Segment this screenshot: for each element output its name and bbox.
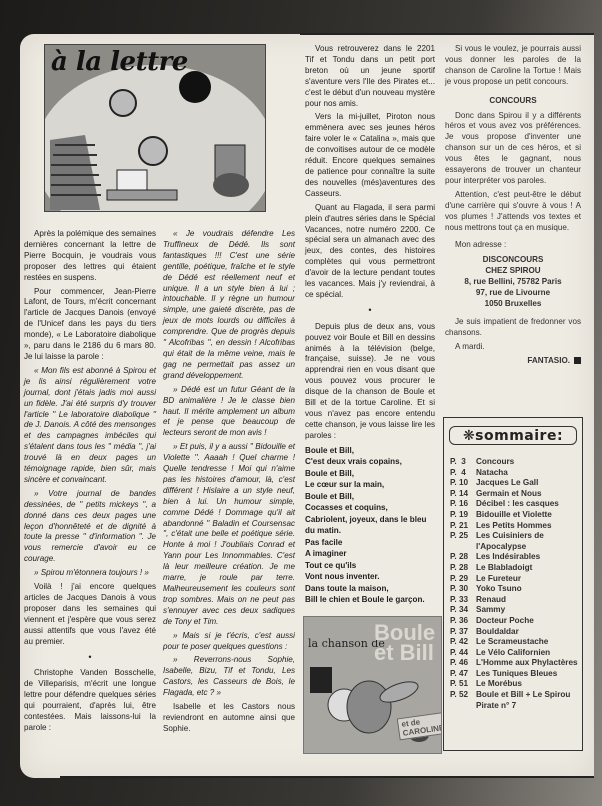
lyric-line: Bill le chien et Boule le garçon.	[305, 594, 435, 606]
lyric-line: C'est deux vrais copains,	[305, 456, 435, 468]
address-line: 8, rue Bellini, 75782 Paris	[445, 276, 581, 287]
paragraph: Si vous le voulez, je pourrais aussi vou…	[445, 44, 581, 88]
toc-entry: P. 34Sammy	[450, 605, 582, 616]
paragraph: Quant au Flagada, il sera parmi plein d'…	[305, 203, 435, 301]
toc-title: L'Homme aux Phylactères	[476, 658, 582, 669]
column-3: Vous retrouverez dans le 2201 Tif et Ton…	[305, 44, 435, 606]
bullet-separator: •	[305, 305, 435, 316]
header-illustration: à la lettre	[44, 44, 266, 212]
toc-entry: P. 47Les Tuniques Bleues	[450, 669, 582, 680]
toc-page-number: P. 28	[450, 563, 476, 574]
record-cover-image: la chanson de Boule et Bill et de CAROLI…	[303, 616, 442, 754]
paragraph: Christophe Vanden Bosschelle, de Villepa…	[24, 668, 156, 733]
lyric-line: Cocasses et coquins,	[305, 502, 435, 514]
column-2: « Je voudrais défendre Les Truffineux de…	[163, 229, 295, 738]
lyric-line: Vont nous inventer.	[305, 571, 435, 583]
toc-title: Le Fureteur	[476, 574, 582, 585]
toc-title: Renaud	[476, 595, 582, 606]
bottom-rule	[60, 776, 594, 778]
column-1: Après la polémique des semaines dernière…	[24, 229, 156, 737]
toc-page-number: P. 4	[450, 468, 476, 479]
toc-entry: P. 16Décibel : les casques	[450, 499, 582, 510]
lyric-line: Le cœur sur la main,	[305, 479, 435, 491]
paragraph: Attention, c'est peut-être le début d'un…	[445, 190, 581, 234]
toc-title: Bidouille et Violette	[476, 510, 582, 521]
toc-title: Le Vélo Californien	[476, 648, 582, 659]
toc-title: Natacha	[476, 468, 582, 479]
toc-title: Yoko Tsuno	[476, 584, 582, 595]
toc-title: Décibel : les casques	[476, 499, 582, 510]
toc-page-number: P. 52	[450, 690, 476, 711]
record-big-title: Boule et Bill	[374, 623, 441, 663]
address-line: DISCONCOURS	[445, 254, 581, 265]
paragraph: Donc dans Spirou il y a différents héros…	[445, 111, 581, 187]
toc-page-number: P. 34	[450, 605, 476, 616]
address-line: 97, rue de Livourne	[445, 287, 581, 298]
signature: FANTASIO.	[445, 356, 581, 367]
toc-page-number: P. 21	[450, 521, 476, 532]
toc-entry: P. 4Natacha	[450, 468, 582, 479]
lyric-line: Dans toute la maison,	[305, 583, 435, 595]
paragraph: A mardi.	[445, 342, 581, 353]
top-rule	[300, 33, 594, 35]
toc-title: Docteur Poche	[476, 616, 582, 627]
end-square-icon	[574, 357, 581, 364]
concours-heading: CONCOURS	[445, 96, 581, 107]
paragraph-quote: « Mon fils est abonné à Spirou et je lis…	[24, 366, 156, 486]
paragraph: Depuis plus de deux ans, vous pouvez voi…	[305, 322, 435, 442]
toc-page-number: P. 36	[450, 616, 476, 627]
toc-entry: P. 44Le Vélo Californien	[450, 648, 582, 659]
lyric-line: Boule et Bill,	[305, 445, 435, 457]
toc-entry: P. 29Le Fureteur	[450, 574, 582, 585]
paragraph-quote: » Spirou m'étonnera toujours ! »	[24, 568, 156, 579]
toc-entry: P. 10Jacques Le Gall	[450, 478, 582, 489]
toc-entry: P. 28Le Blabladoigt	[450, 563, 582, 574]
toc-title: Sammy	[476, 605, 582, 616]
toc-page-number: P. 14	[450, 489, 476, 500]
toc-entry: P. 52Boule et Bill + Le Spirou Pirate n°…	[450, 690, 582, 711]
toc-title: Germain et Nous	[476, 489, 582, 500]
toc-title: Les Tuniques Bleues	[476, 669, 582, 680]
toc-entry: P. 19Bidouille et Violette	[450, 510, 582, 521]
toc-page-number: P. 3	[450, 457, 476, 468]
toc-page-number: P. 37	[450, 627, 476, 638]
paragraph-quote: » Mais si je t'écris, c'est aussi pour t…	[163, 631, 295, 653]
paragraph: Après la polémique des semaines dernière…	[24, 229, 156, 284]
toc-title: Concours	[476, 457, 582, 468]
address-label: Mon adresse :	[445, 240, 581, 251]
song-lyrics: Boule et Bill, C'est deux vrais copains,…	[305, 445, 435, 606]
bullet-separator: •	[24, 652, 156, 663]
toc-title: Le Morébus	[476, 679, 582, 690]
lyric-line: Boule et Bill,	[305, 468, 435, 480]
toc-title: Le Blabladoigt	[476, 563, 582, 574]
column-4: Si vous le voulez, je pourrais aussi vou…	[445, 44, 581, 367]
toc-page-number: P. 19	[450, 510, 476, 521]
paragraph: Voilà ! j'ai encore quelques articles de…	[24, 582, 156, 647]
toc-page-number: P. 30	[450, 584, 476, 595]
toc-page-number: P. 10	[450, 478, 476, 489]
toc-title: Le Scrameustache	[476, 637, 582, 648]
toc-entry: P. 46L'Homme aux Phylactères	[450, 658, 582, 669]
toc-entry: P. 37Bouldaldar	[450, 627, 582, 638]
lyric-line: Pas facile	[305, 537, 435, 549]
paragraph: Isabelle et les Castors nous reviendront…	[163, 702, 295, 735]
signature-name: FANTASIO.	[527, 356, 570, 365]
toc-entry: P. 30Yoko Tsuno	[450, 584, 582, 595]
sommaire-list: P. 3ConcoursP. 4NatachaP. 10Jacques Le G…	[444, 453, 582, 711]
toc-page-number: P. 42	[450, 637, 476, 648]
toc-page-number: P. 47	[450, 669, 476, 680]
toc-title: Boule et Bill + Le Spirou Pirate n° 7	[476, 690, 582, 711]
toc-entry: P. 28Les Indésirables	[450, 552, 582, 563]
toc-entry: P. 14Germain et Nous	[450, 489, 582, 500]
toc-title: Jacques Le Gall	[476, 478, 582, 489]
paragraph: Pour commencer, Jean-Pierre Lafont, de T…	[24, 287, 156, 363]
lyric-line: Tout ce qu'ils	[305, 560, 435, 572]
toc-entry: P. 21Les Petits Hommes	[450, 521, 582, 532]
toc-title: Les Indésirables	[476, 552, 582, 563]
toc-page-number: P. 28	[450, 552, 476, 563]
paragraph-quote: » Dédé est un futur Géant de la BD anima…	[163, 385, 295, 440]
table-of-contents: ❋sommaire: P. 3ConcoursP. 4NatachaP. 10J…	[443, 417, 583, 751]
lyric-line: A imaginer	[305, 548, 435, 560]
toc-page-number: P. 29	[450, 574, 476, 585]
toc-title: Les Cuisiniers de l'Apocalypse	[476, 531, 582, 552]
toc-page-number: P. 25	[450, 531, 476, 552]
toc-entry: P. 42Le Scrameustache	[450, 637, 582, 648]
sommaire-title: ❋sommaire:	[449, 426, 577, 445]
toc-page-number: P. 51	[450, 679, 476, 690]
postal-address: DISCONCOURS CHEZ SPIROU 8, rue Bellini, …	[445, 254, 581, 309]
toc-title: Les Petits Hommes	[476, 521, 582, 532]
paragraph: Vers la mi-juillet, Piroton nous emmèner…	[305, 112, 435, 199]
paragraph: Je suis impatient de fredonner vos chans…	[445, 317, 581, 339]
banner-title: à la lettre	[51, 47, 188, 77]
toc-page-number: P. 16	[450, 499, 476, 510]
toc-entry: P. 25Les Cuisiniers de l'Apocalypse	[450, 531, 582, 552]
paragraph: Vous retrouverez dans le 2201 Tif et Ton…	[305, 44, 435, 109]
toc-entry: P. 36Docteur Poche	[450, 616, 582, 627]
lyric-line: Boule et Bill,	[305, 491, 435, 503]
toc-page-number: P. 33	[450, 595, 476, 606]
toc-title: Bouldaldar	[476, 627, 582, 638]
address-line: 1050 Bruxelles	[445, 298, 581, 309]
toc-entry: P. 51Le Morébus	[450, 679, 582, 690]
toc-page-number: P. 46	[450, 658, 476, 669]
address-line: CHEZ SPIROU	[445, 265, 581, 276]
toc-entry: P. 33Renaud	[450, 595, 582, 606]
toc-page-number: P. 44	[450, 648, 476, 659]
paragraph-quote: » Et puis, il y a aussi '' Bidouille et …	[163, 442, 295, 627]
paragraph-quote: « Je voudrais défendre Les Truffineux de…	[163, 229, 295, 382]
lyric-line: Cabriolent, joyeux, dans le bleu du mati…	[305, 514, 435, 537]
paragraph-quote: » Votre journal de bandes dessinées, de …	[24, 489, 156, 565]
toc-entry: P. 3Concours	[450, 457, 582, 468]
paragraph-quote: » Reverrons-nous Sophie, Isabelle, Bizu,…	[163, 655, 295, 699]
